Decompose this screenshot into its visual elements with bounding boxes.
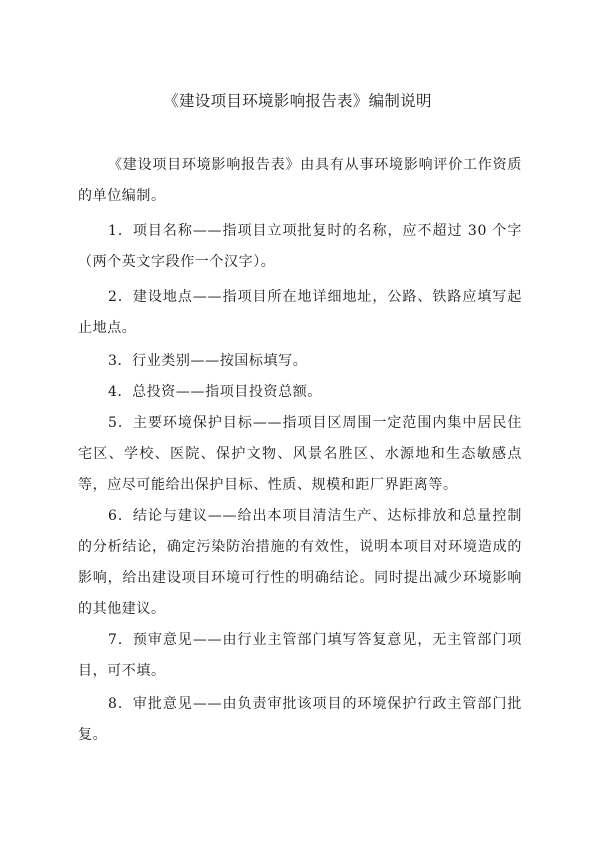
item-industry-category: 3．行业类别——按国标填写。 (78, 346, 522, 377)
item-environmental-protection-targets: 5．主要环境保护目标——指项目区周围一定范围内集中居民住宅区、学校、医院、保护文… (78, 408, 522, 501)
item-approval-opinion: 8．审批意见——由负责审批该项目的环境保护行政主管部门批复。 (78, 689, 522, 751)
item-conclusions-and-suggestions: 6．结论与建议——给出本项目清洁生产、达标排放和总量控制的分析结论，确定污染防治… (78, 501, 522, 625)
item-construction-site: 2．建设地点——指项目所在地详细地址，公路、铁路应填写起止地点。 (78, 282, 522, 344)
page-title: 《建设项目环境影响报告表》编制说明 (0, 90, 595, 112)
intro-paragraph: 《建设项目环境影响报告表》由具有从事环境影响评价工作资质的单位编制。 (78, 150, 522, 212)
document-page: 《建设项目环境影响报告表》编制说明 《建设项目环境影响报告表》由具有从事环境影响… (0, 0, 595, 841)
item-project-name: 1．项目名称——指项目立项批复时的名称，应不超过 30 个字（两个英文字段作一个… (78, 216, 522, 278)
item-preliminary-review-opinion: 7．预审意见——由行业主管部门填写答复意见，无主管部门项目，可不填。 (78, 625, 522, 687)
document-body: 《建设项目环境影响报告表》由具有从事环境影响评价工作资质的单位编制。 1．项目名… (78, 150, 522, 751)
item-total-investment: 4．总投资——指项目投资总额。 (78, 377, 522, 408)
